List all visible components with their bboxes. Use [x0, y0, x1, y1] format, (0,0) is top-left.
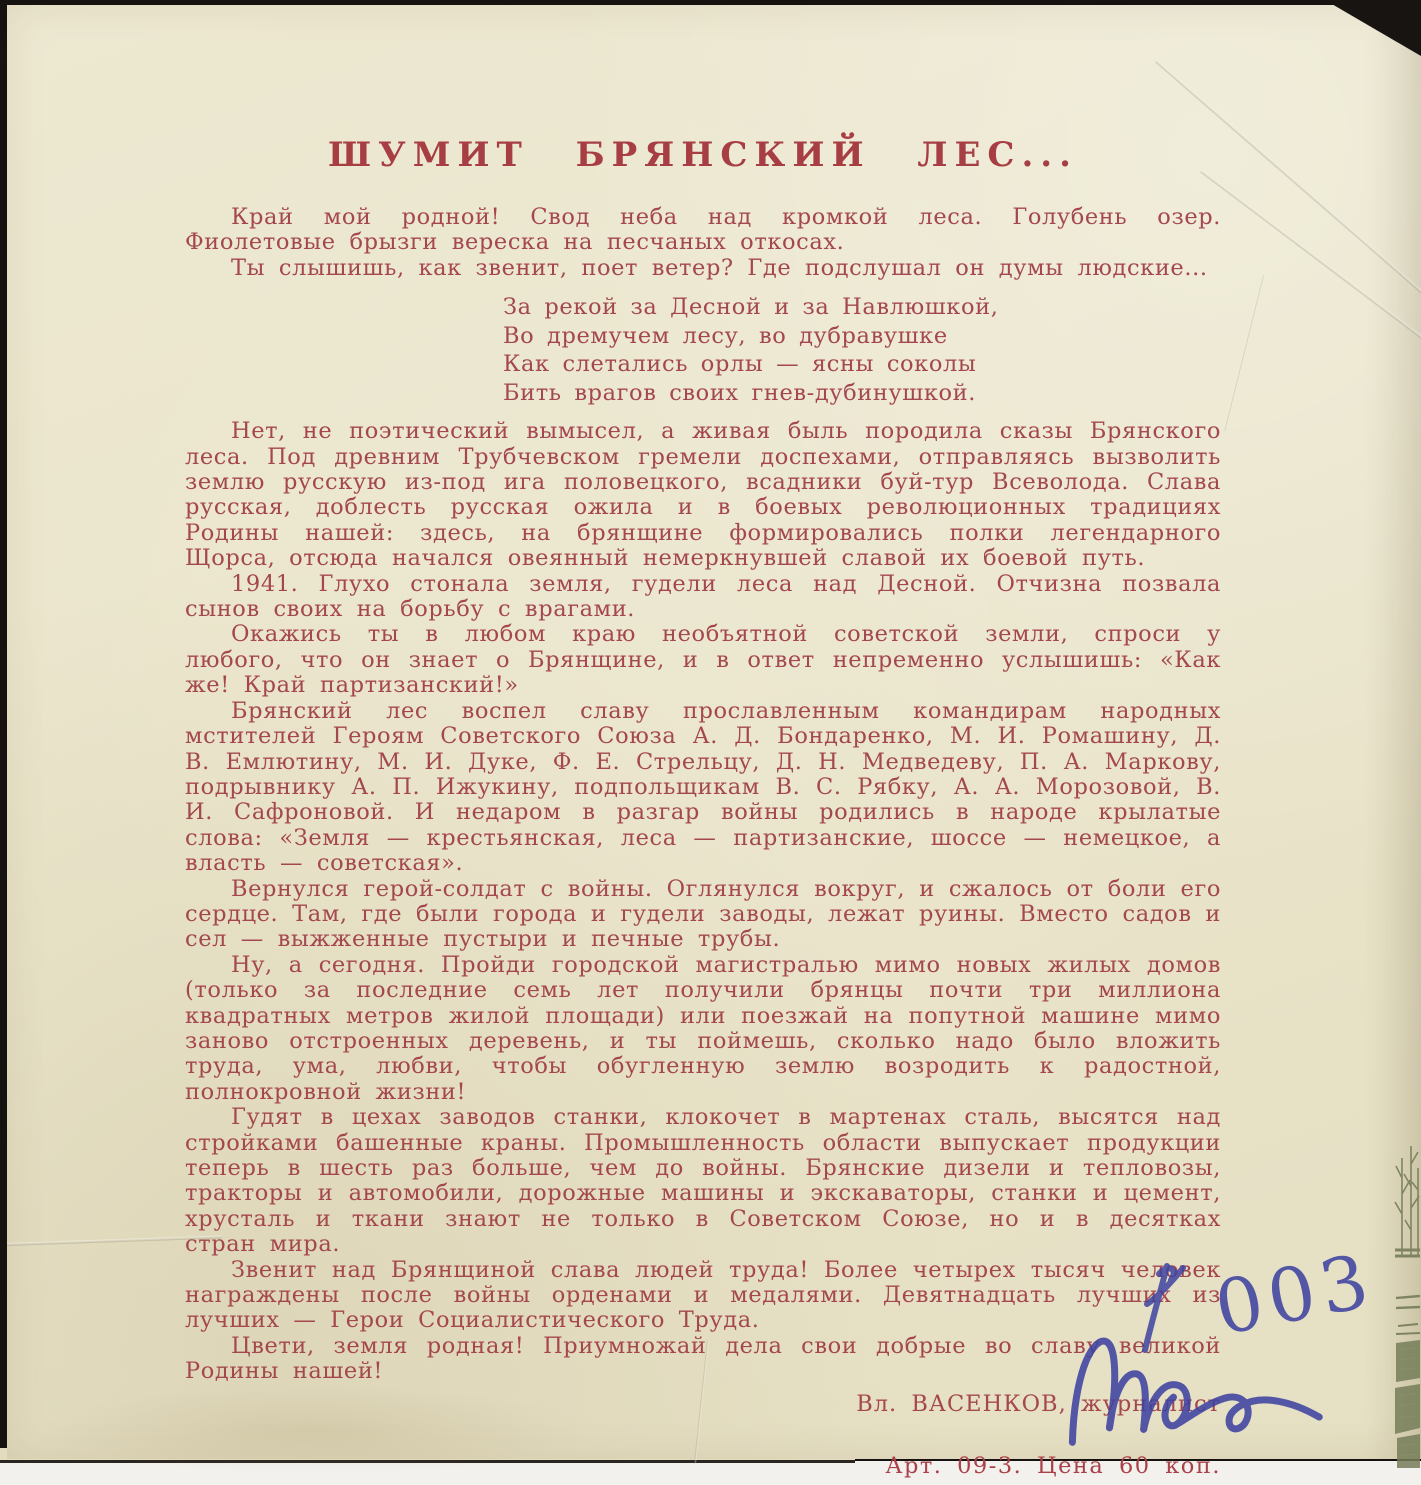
poem-line: Бить врагов своих гнев-дубинушкой. [503, 379, 1221, 408]
poem-block: За рекой за Десной и за Навлюшкой, Во др… [503, 293, 1221, 407]
printed-text-block: ШУМИТ БРЯНСКИЙ ЛЕС... Край мой родной! С… [7, 5, 1421, 1479]
page-title: ШУМИТ БРЯНСКИЙ ЛЕС... [185, 135, 1221, 175]
record-sleeve-back: ШУМИТ БРЯНСКИЙ ЛЕС... Край мой родной! С… [7, 5, 1421, 1459]
paragraph: Вернулся герой-солдат с войны. Оглянулся… [185, 877, 1221, 953]
paragraph: 1941. Глухо стонала земля, гудели леса н… [185, 572, 1221, 623]
paragraph: Гудят в цехах заводов станки, клокочет в… [185, 1105, 1221, 1257]
paragraph: Ты слышишь, как звенит, поет ветер? Где … [185, 256, 1221, 281]
paragraph: Звенит над Брянщиной слава людей труда! … [185, 1258, 1221, 1334]
poem-line: Во дремучем лесу, во дубравушке [503, 322, 1221, 351]
handwritten-signature [1051, 1313, 1330, 1467]
poem-line: Как слетались орлы — ясны соколы [503, 350, 1221, 379]
poem-line: За рекой за Десной и за Навлюшкой, [503, 293, 1221, 322]
paragraph: Ну, а сегодня. Пройди городской магистра… [185, 953, 1221, 1105]
paragraph: Край мой родной! Свод неба над кромкой л… [185, 205, 1221, 256]
forest-etching-strip [1394, 1138, 1421, 1468]
paper-stain [37, 1385, 597, 1475]
paragraph: Брянский лес воспел славу прославленным … [185, 699, 1221, 877]
paragraph: Окажись ты в любом краю необъятной совет… [185, 622, 1221, 698]
scan-background: ШУМИТ БРЯНСКИЙ ЛЕС... Край мой родной! С… [0, 0, 1421, 1485]
paragraph: Нет, не поэтический вымысел, а живая был… [185, 419, 1221, 571]
